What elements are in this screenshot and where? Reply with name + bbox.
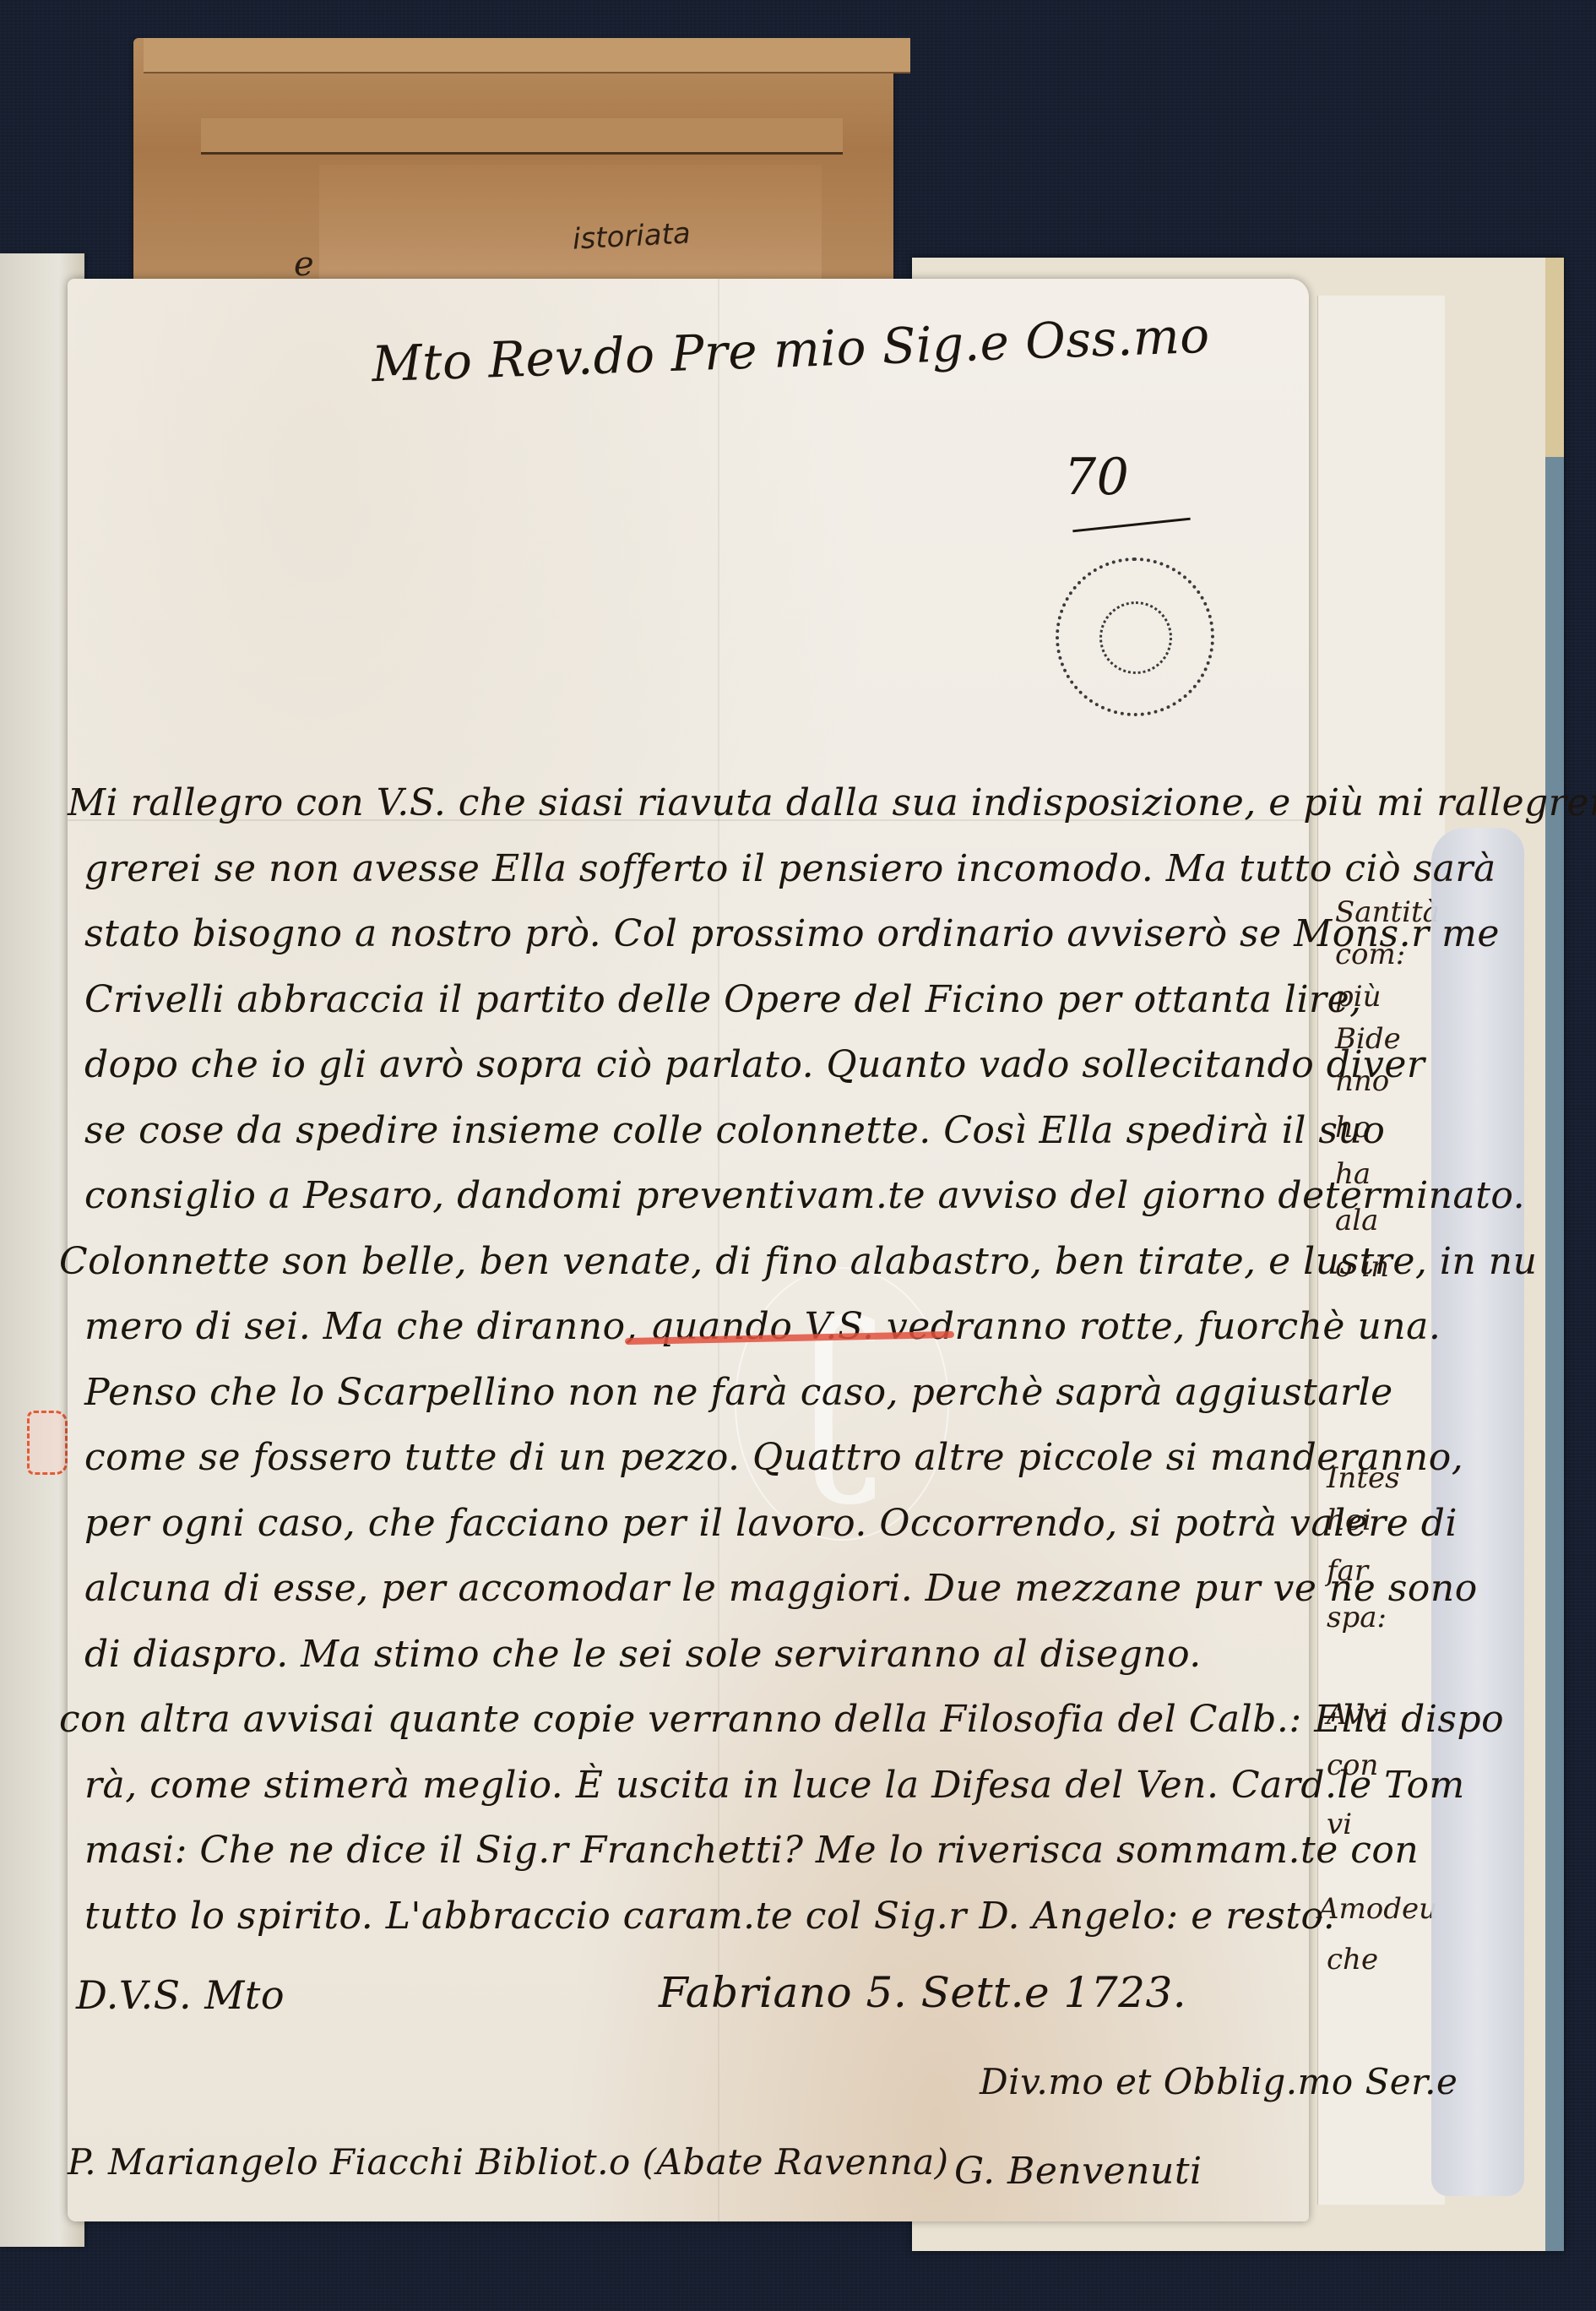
body-line: masi: Che ne dice il Sig.r Franchetti? M… [84,1829,1419,1872]
letter-sheet: Mto Rev.do Pre mio Sig.e Oss.mo 70 ʗ Mi … [68,279,1309,2221]
binding-edge [1545,258,1564,2251]
margin-fragment: Amodeu [1318,1892,1437,1926]
addressee: P. Mariangelo Fiacchi Bibliot.o (Abate R… [68,2141,949,2183]
body-line: dopo che io gli avrò sopra ciò parlato. … [84,1043,1425,1086]
folio-underline [1072,518,1191,533]
salutation: Mto Rev.do Pre mio Sig.e Oss.mo [371,307,1211,394]
body-line: con altra avvisai quante copie verranno … [59,1698,1504,1741]
folio-number: 70 [1064,448,1129,507]
brown-folder: istoriata e [133,38,893,317]
body-line: Mi rallegro con V.S. che siasi riavuta d… [68,781,1596,824]
body-line: stato bisogno a nostro prò. Col prossimo… [84,912,1500,955]
place-date: Fabriano 5. Sett.e 1723. [659,1968,1186,2017]
body-line: consiglio a Pesaro, dandomi preventivam.… [84,1174,1525,1217]
signature-formula: Div.mo et Obblig.mo Ser.e [980,2061,1458,2102]
body-line: se cose da spedire insieme colle colonne… [84,1109,1385,1152]
library-stamp [1056,557,1214,716]
body-line: come se fossero tutte di un pezzo. Quatt… [84,1436,1463,1479]
body-line: di diaspro. Ma stimo che le sei sole ser… [84,1633,1202,1676]
folder-label: istoriata [572,216,692,256]
body-line: Crivelli abbraccia il partito delle Oper… [84,978,1362,1021]
folder-flap [144,38,910,73]
closing-formula: D.V.S. Mto [76,1972,285,2018]
red-wax-seal-trace [27,1411,68,1475]
body-line: grerei se non avesse Ella sofferto il pe… [84,847,1496,890]
folder-flap [201,118,843,155]
body-line: Penso che lo Scarpellino non ne farà cas… [84,1371,1393,1414]
signature-name: G. Benvenuti [954,2150,1202,2193]
body-line: alcuna di esse, per accomodar le maggior… [84,1567,1478,1610]
body-line: tutto lo spirito. L'abbraccio caram.te c… [84,1895,1335,1938]
body-line: per ogni caso, che facciano per il lavor… [84,1502,1458,1545]
body-line: rà, come stimerà meglio. È uscita in luc… [84,1764,1465,1807]
body-line: Colonnette son belle, ben venate, di fin… [59,1240,1537,1283]
margin-fragment: che [1327,1943,1378,1977]
